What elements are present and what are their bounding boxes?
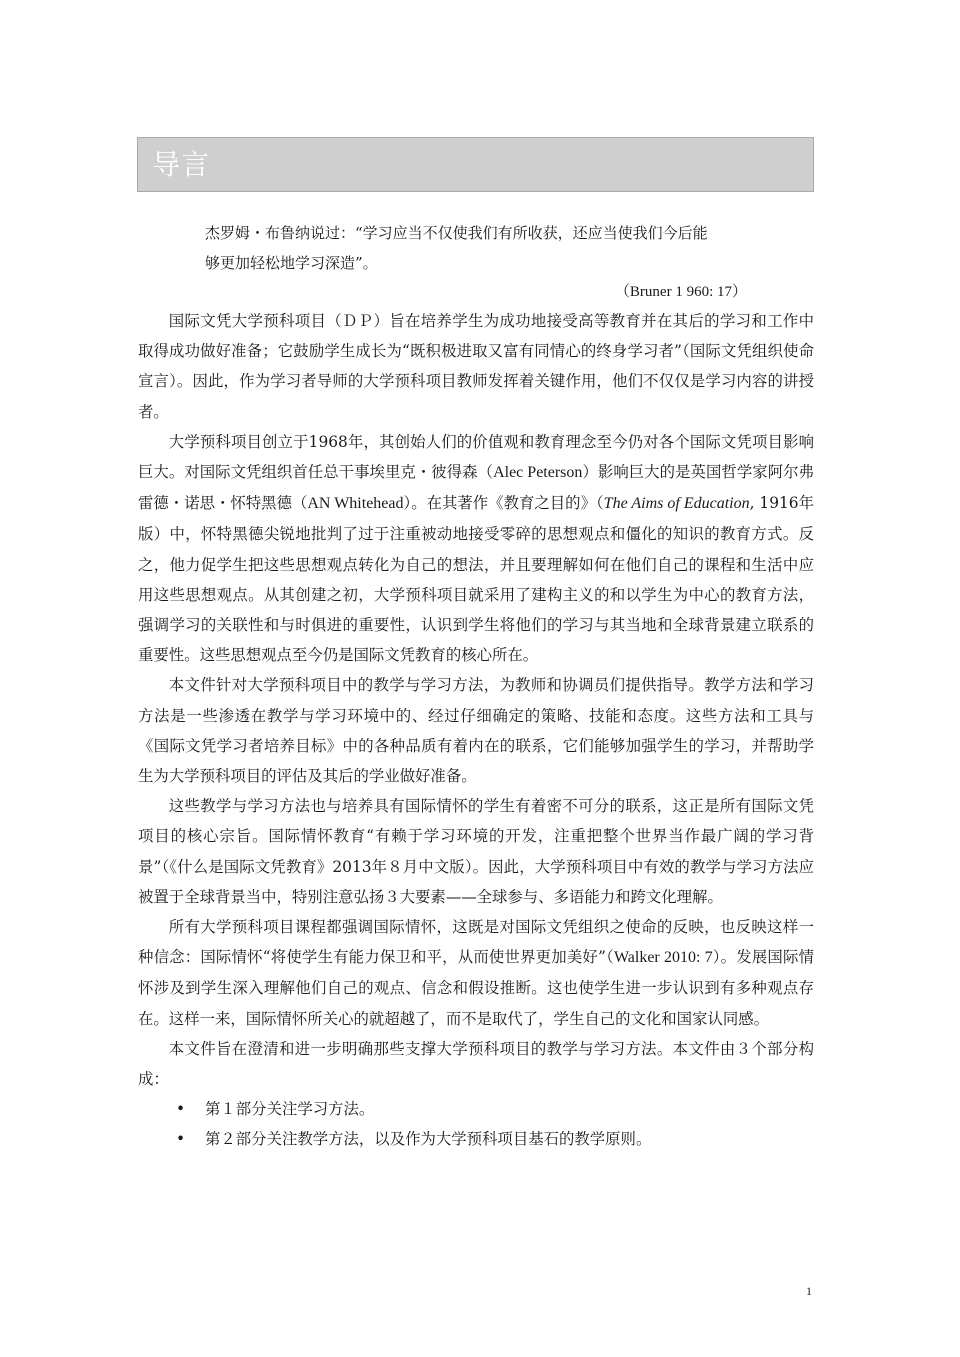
document-page: 导言 杰罗姆・布鲁纳说过：“学习应当不仅使我们有所收获，还应当使我们今后能 够更… (0, 0, 960, 1357)
epigraph-line: 杰罗姆・布鲁纳说过：“学习应当不仅使我们有所收获，还应当使我们今后能 (205, 218, 765, 248)
section-title: 导言 (152, 145, 210, 185)
paragraph: 国际文凭大学预科项目（ＤＰ）旨在培养学生为成功地接受高等教育并在其后的学习和工作… (138, 306, 814, 427)
section-header-bar: 导言 (137, 137, 814, 192)
bullet-icon: • (176, 1094, 185, 1124)
book-title: The Aims of Education (604, 495, 750, 512)
paragraph: 这些教学与学习方法也与培养具有国际情怀的学生有着密不可分的联系，这正是所有国际文… (138, 791, 814, 912)
body-text: 国际文凭大学预科项目（ＤＰ）旨在培养学生为成功地接受高等教育并在其后的学习和工作… (138, 306, 814, 1155)
paragraph: 大学预科项目创立于1968年，其创始人们的价值观和教育理念至今仍对各个国际文凭项… (138, 427, 814, 671)
paragraph: 本文件旨在澄清和进一步明确那些支撑大学预科项目的教学与学习方法。本文件由３个部分… (138, 1034, 814, 1094)
bullet-icon: • (176, 1124, 185, 1154)
paragraph: 所有大学预科项目课程都强调国际情怀，这既是对国际文凭组织之使命的反映，也反映这样… (138, 912, 814, 1034)
list-item: • 第２部分关注教学方法，以及作为大学预科项目基石的教学原则。 (138, 1124, 814, 1154)
epigraph-quote: 杰罗姆・布鲁纳说过：“学习应当不仅使我们有所收获，还应当使我们今后能 够更加轻松… (205, 218, 765, 278)
epigraph-line: 够更加轻松地学习深造”。 (205, 248, 765, 278)
parts-list: • 第１部分关注学习方法。 • 第２部分关注教学方法，以及作为大学预科项目基石的… (138, 1094, 814, 1154)
page-number: 1 (806, 1283, 812, 1299)
list-item: • 第１部分关注学习方法。 (138, 1094, 814, 1124)
paragraph: 本文件针对大学预科项目中的教学与学习方法，为教师和协调员们提供指导。教学方法和学… (138, 670, 814, 791)
epigraph-citation: （Bruner 1 960: 17） (615, 277, 747, 307)
